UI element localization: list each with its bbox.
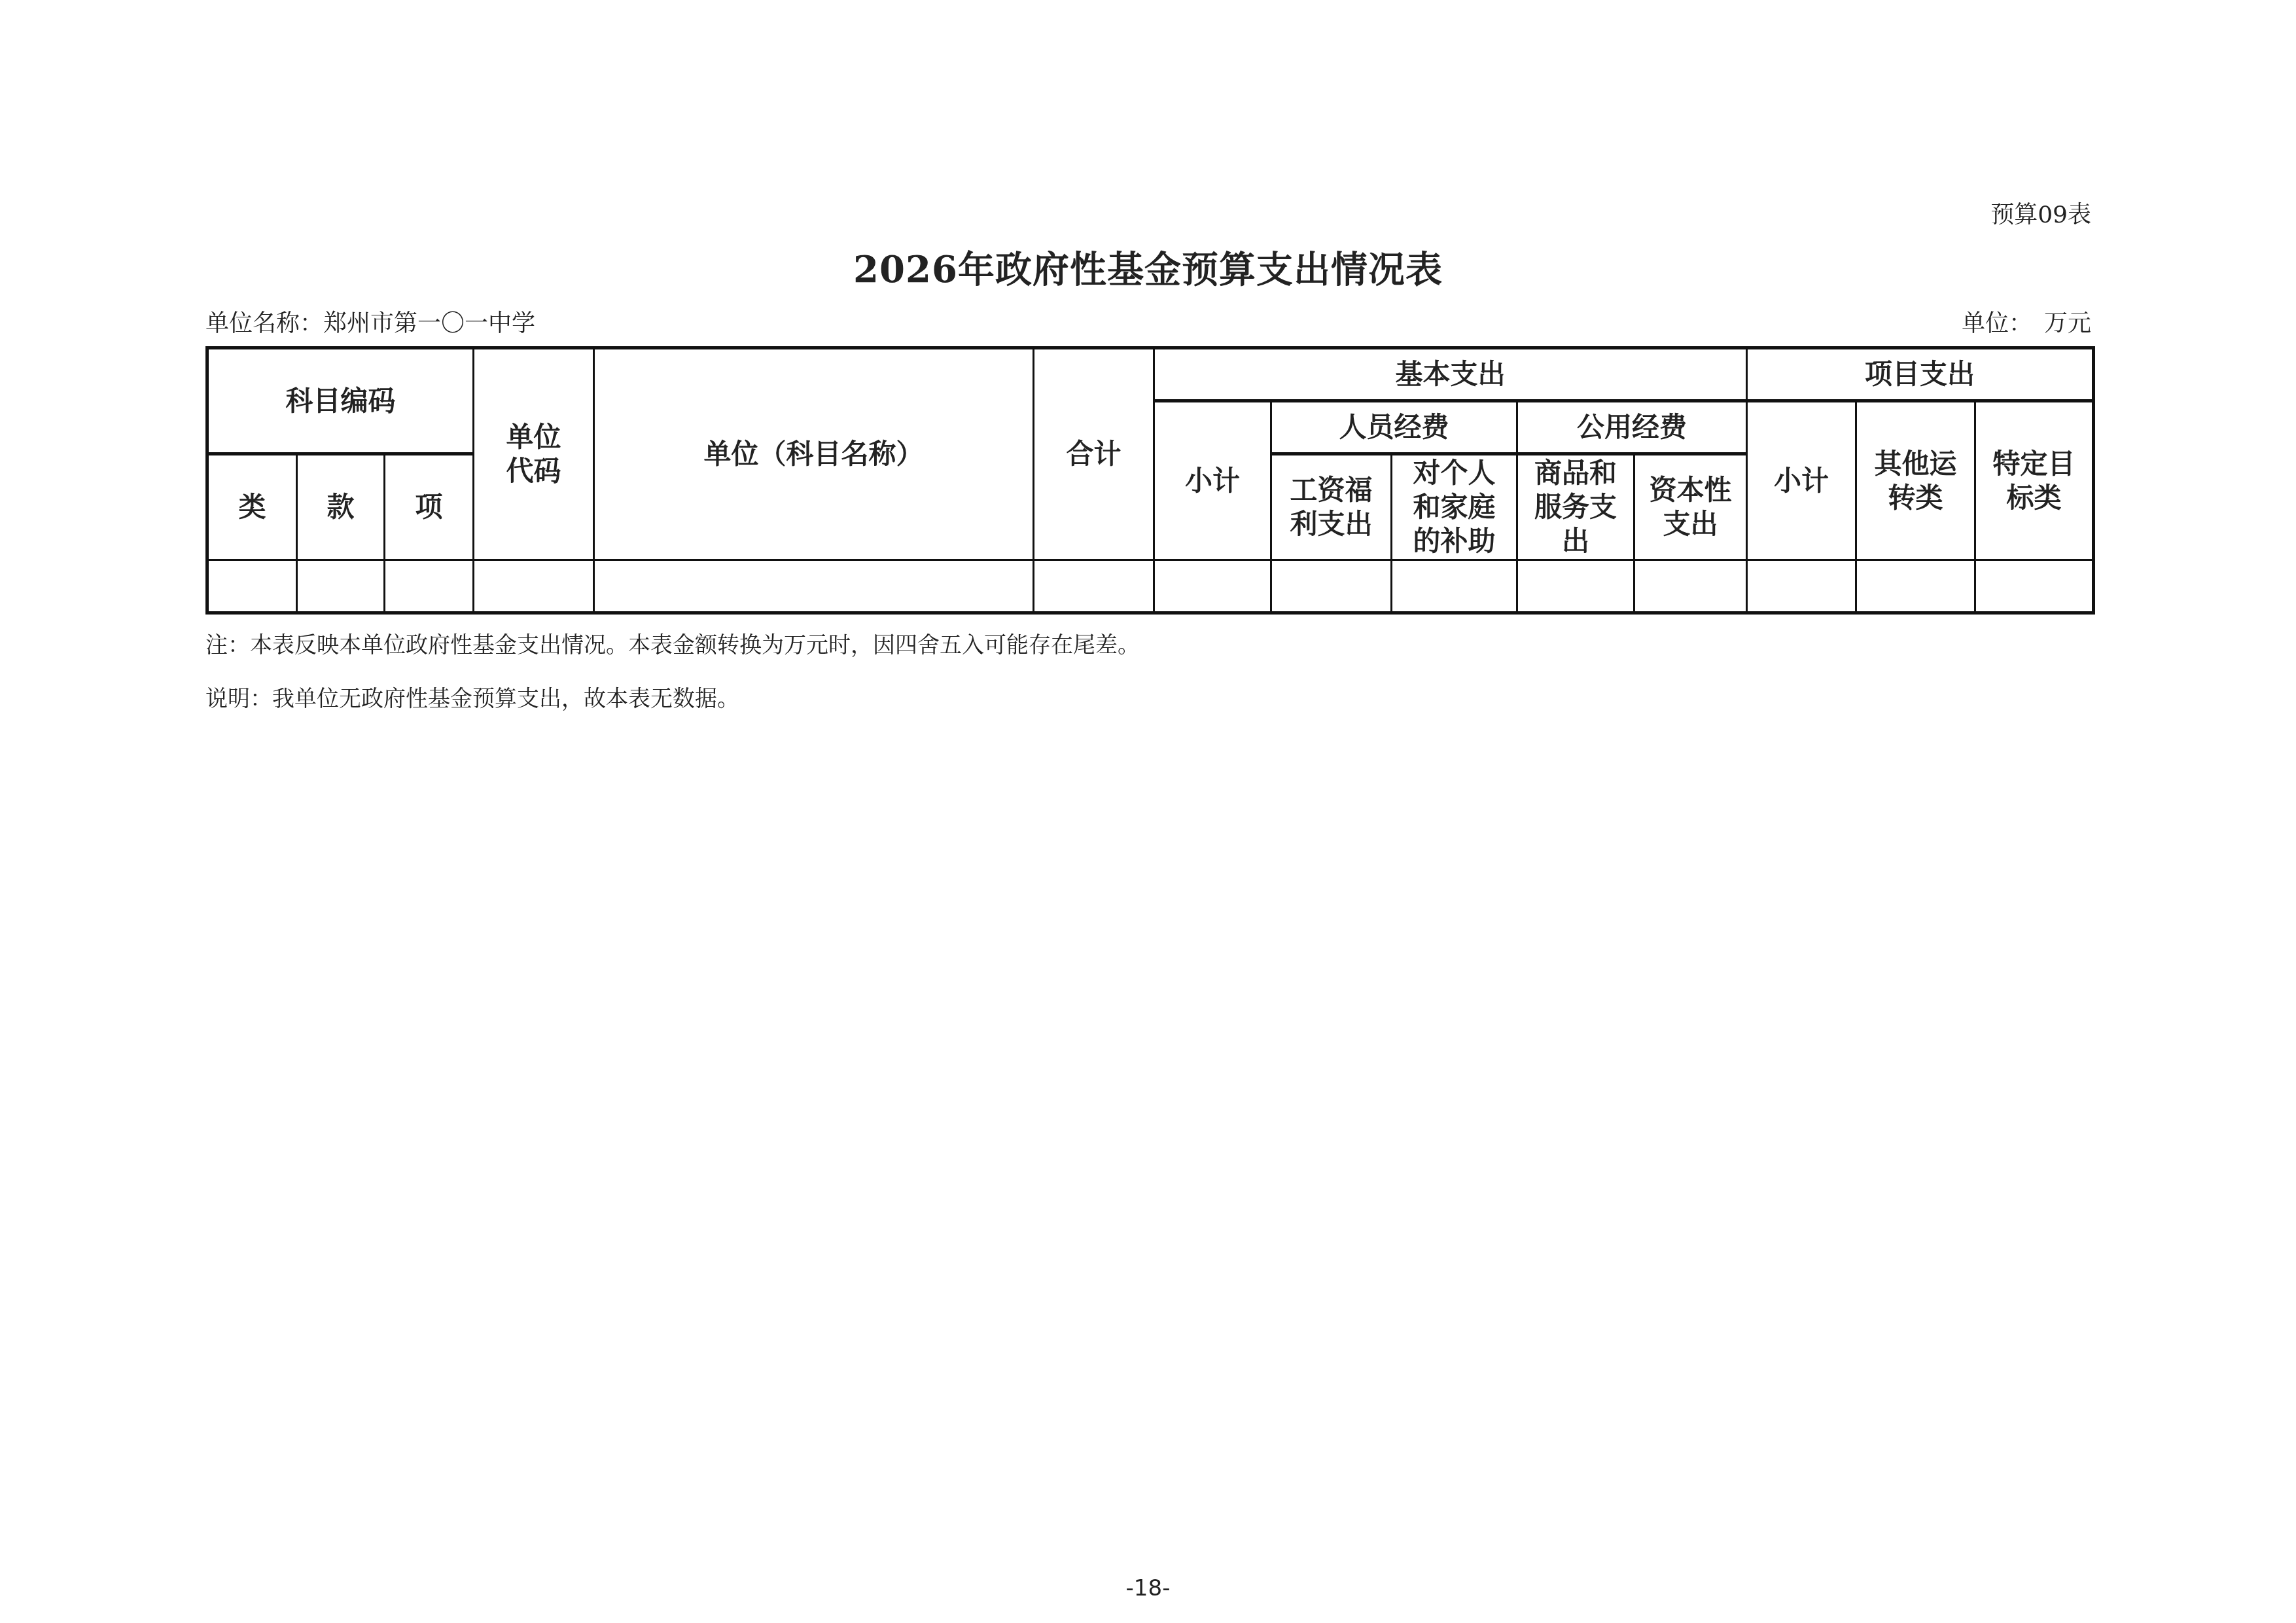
header-basic-expenditure: 基本支出: [1154, 348, 1747, 401]
header-public-expenses: 公用经费: [1517, 401, 1747, 454]
table-note: 注：本表反映本单位政府性基金支出情况。本表金额转换为万元时，因四舍五入可能存在尾…: [205, 627, 1140, 659]
unit-name: 单位名称：郑州市第一〇一中学: [205, 305, 535, 338]
cell-capital-expenditure: [1634, 560, 1747, 613]
cell-specific-target: [1975, 560, 2094, 613]
header-unit-subject-name: 单位（科目名称）: [594, 348, 1034, 560]
cell-xiang: [385, 560, 474, 613]
header-kuan: 款: [297, 454, 385, 560]
header-specific-target: 特定目标类: [1975, 401, 2094, 560]
header-lei: 类: [207, 454, 297, 560]
cell-other-transfer: [1856, 560, 1975, 613]
header-unit-code: 单位代码: [474, 348, 594, 560]
cell-individual-family-subsidy: [1392, 560, 1517, 613]
header-basic-subtotal: 小计: [1154, 401, 1271, 560]
budget-table: 科目编码 单位代码 单位（科目名称） 合计 基本支出 项目支出 小计 人员经费 …: [205, 346, 2095, 615]
header-project-expenditure: 项目支出: [1747, 348, 2094, 401]
form-number: 预算09表: [1990, 196, 2091, 230]
header-personnel-expenses: 人员经费: [1271, 401, 1517, 454]
page-number: -18-: [0, 1575, 2296, 1601]
header-project-subtotal: 小计: [1747, 401, 1856, 560]
cell-wages-welfare: [1271, 560, 1392, 613]
cell-total: [1034, 560, 1154, 613]
cell-lei: [207, 560, 297, 613]
header-xiang: 项: [385, 454, 474, 560]
cell-unit-subject-name: [594, 560, 1034, 613]
table-explanation: 说明：我单位无政府性基金预算支出，故本表无数据。: [205, 681, 739, 713]
table-row: [207, 560, 2094, 613]
page-title: 2026年政府性基金预算支出情况表: [0, 241, 2296, 293]
header-wages-welfare: 工资福利支出: [1271, 454, 1392, 560]
header-individual-family-subsidy: 对个人和家庭的补助: [1392, 454, 1517, 560]
header-goods-services: 商品和服务支出: [1517, 454, 1634, 560]
cell-basic-subtotal: [1154, 560, 1271, 613]
currency-unit: 单位： 万元: [1962, 305, 2091, 338]
header-capital-expenditure: 资本性支出: [1634, 454, 1747, 560]
cell-kuan: [297, 560, 385, 613]
cell-unit-code: [474, 560, 594, 613]
header-subject-code: 科目编码: [207, 348, 474, 454]
header-other-transfer: 其他运转类: [1856, 401, 1975, 560]
cell-goods-services: [1517, 560, 1634, 613]
header-total: 合计: [1034, 348, 1154, 560]
cell-project-subtotal: [1747, 560, 1856, 613]
